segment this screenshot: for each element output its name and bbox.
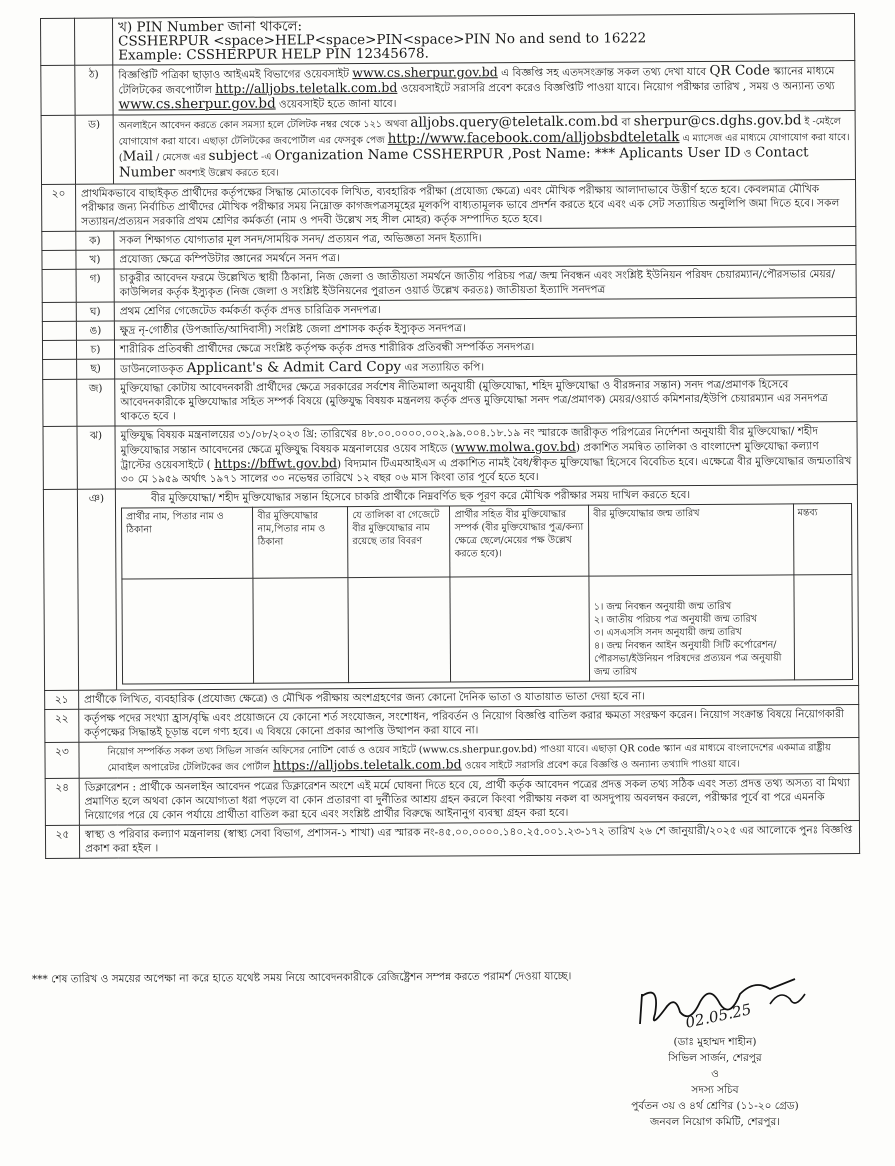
signature-block: 02.05.25 (ডাঃ মুহাম্মদ শাহীন) সিভিল সার্… [600,970,830,1130]
condition-row-r20: ২০প্রাথমিকভাবে বাছাইকৃত প্রার্থীদের কর্ত… [42,180,856,232]
item-number [43,426,77,489]
content-fragment: ওয়েব সাইটে সরাসরি প্রবেশ করে বিজ্ঞপ্তি … [462,759,740,772]
signatory-conjunction: ও [600,1066,830,1082]
content-text: প্রাথমিকভাবে বাছাইকৃত প্রার্থীদের কর্তৃপ… [81,183,839,228]
condition-row-ja: জ)মুক্তিযোদ্ধা কোটায় আবেদনকারী প্রার্থী… [43,375,857,427]
condition-row-tha: ঠ)বিজ্ঞপ্তিটি পত্রিকা ছাড়াও আইএমই বিভাগ… [41,61,855,116]
item-content: বিজ্ঞপ্তিটি পত্রিকা ছাড়াও আইএমই বিভাগের… [113,61,855,116]
item-number [42,269,76,302]
condition-row-dda: ড)অনলাইনে আবেদন করতে কোন সমস্যা হলে টেলি… [41,111,855,185]
document-page: খ) PIN Number জানা থাকলে:CSSHERPUR <spac… [0,0,895,1166]
sub-item-label: ক) [76,231,114,250]
content-text: সকল শিক্ষাগত যোগ্যতার মূল সনদ/সাময়িক সন… [119,232,481,246]
sub-item-label: ঘ) [76,302,114,321]
condition-row-jha: ঝ)মুক্তিযুদ্ধ বিষয়ক মন্ত্রনালয়ের ৩১/০৮… [43,422,857,490]
content-link[interactable]: www.cs.sherpur.gov.bd [118,96,275,113]
item-content: খ) PIN Number জানা থাকলে:CSSHERPUR <spac… [113,14,855,66]
content-fragment: ও [740,148,754,160]
item-content: বীর মুক্তিযোদ্ধা/ শহীদ মুক্তিযোদ্ধার সন্… [115,485,858,691]
content-link[interactable]: http://www.facebook.com/alljobsbdteletal… [388,129,680,147]
content-text: প্রযোজ্য ক্ষেত্রে কম্পিউটার জ্ঞানের সমর্… [119,252,339,265]
item-number [42,302,76,321]
sub-item-label: ঞ) [77,489,116,690]
content-link[interactable]: https://bffwt.gov.bd [214,455,337,471]
item-number [43,379,77,426]
form-blank-cell [253,578,349,684]
content-fragment: Applicant's & Admit Card Copy [187,359,401,376]
item-number: ২১ [45,690,79,709]
item-number [42,340,76,359]
sub-item-label: ড) [75,115,113,184]
content-text: ডিক্লারেশন : প্রার্থীকে অনলাইন আবেদন পত্… [85,777,850,822]
item-content: ডিক্লারেশন : প্রার্থীকে অনলাইন আবেদন পত্… [79,774,859,826]
sub-item-label: জ) [77,379,115,426]
dob-option: ১। জন্ম নিবন্ধন অনুযায়ী জন্ম তারিখ [594,599,789,613]
signatory-role: সদস্য সচিব [600,1082,830,1098]
sub-item-label: ঠ) [75,65,113,115]
form-column-header: যে তালিকা বা গেজেটে বীর মুক্তিযোদ্ধার না… [348,506,451,578]
form-column-header: বীর মুক্তিযোদ্ধার জন্ম তারিখ [589,504,794,576]
dob-options-cell: ১। জন্ম নিবন্ধন অনুযায়ী জন্ম তারিখ২। জা… [589,575,794,681]
item-content: মুক্তিযুদ্ধ বিষয়ক মন্ত্রনালয়ের ৩১/০৮/২… [115,422,857,490]
sub-item-label: খ) [76,250,114,269]
committee-line-1: পুর্বতন ৩য় ও ৪র্থ শ্রেণির (১১-২০ গ্রেড) [600,1098,830,1114]
item-number: ২৩ [45,742,79,778]
signatory-designation: সিভিল সার্জন, শেরপুর [600,1050,830,1066]
content-fragment: বা [618,116,634,128]
item-content: অনলাইনে আবেদন করতে কোন সমস্যা হলে টেলিটক… [113,111,855,185]
item-number: ২৪ [45,778,79,825]
form-blank-cell [450,576,589,682]
condition-row-r25: ২৫স্বাস্থ্য ও পরিবার কল্যাণ মন্ত্রনালয় … [45,821,859,859]
condition-row-pin: খ) PIN Number জানা থাকলে:CSSHERPUR <spac… [41,14,855,66]
content-fragment: alljobs.query@teletalk.com.bd [410,113,618,130]
item-content: প্রাথমিকভাবে বাছাইকৃত প্রার্থীদের কর্তৃপ… [76,180,856,232]
item-content: চাকুরীর আবেদন ফরমে উল্লেখিত স্থায়ী ঠিকা… [114,265,856,303]
content-link[interactable]: https://alljobs.teletalk.com.bd [273,756,462,772]
content-fragment: subject [209,148,259,164]
content-link[interactable]: www.molwa.gov.bd [455,439,576,455]
content-text: ক্ষুদ্র নৃ-গোষ্ঠীর (উপজাতি/আদিবাসী) সংশ্… [120,322,466,336]
content-fragment: sherpur@cs.dghs.gov.bd [634,112,802,129]
item-number: ২০ [42,184,76,231]
content-fragment: -এ [258,152,275,163]
condition-row-ga: গ)চাকুরীর আবেদন ফরমে উল্লেখিত স্থায়ী ঠি… [42,265,856,303]
item-number [42,321,76,340]
content-fragment: / মেসেজ এর [153,152,209,163]
condition-row-r22: ২২কর্তৃপক্ষ পদের সংখ্যা হ্রাস/বৃদ্ধি এবং… [45,705,859,743]
condition-row-nya: ঞ)বীর মুক্তিযোদ্ধা/ শহীদ মুক্তিযোদ্ধার স… [43,485,858,691]
sub-item-label: ছ) [77,359,115,379]
form-blank-cell [122,578,254,684]
sub-item-label [75,18,113,65]
sub-item-label: গ) [76,269,114,302]
form-column-header: মন্তব্য [793,504,852,575]
item-number [41,18,75,65]
content-fragment: Mail [123,148,154,164]
form-column-header: বীর মুক্তিযোদ্ধার নাম,পিতার নাম ও ঠিকানা [253,507,348,579]
item-number [41,115,75,184]
content-text: শারীরিক প্রতিবন্ধী প্রার্থীদের ক্ষেত্রে … [120,341,534,356]
item-number [43,489,78,690]
circular-sheet: খ) PIN Number জানা থাকলে:CSSHERPUR <spac… [40,13,860,859]
condition-row-r24: ২৪ডিক্লারেশন : প্রার্থীকে অনলাইন আবেদন প… [45,774,859,826]
signature-scribble: 02.05.25 [600,974,830,1034]
content-link[interactable]: http://alljobs.teletalk.com.bd [215,80,397,96]
content-text: মুক্তিযোদ্ধা কোটায় আবেদনকারী প্রার্থীদে… [120,378,827,422]
dob-option: ২। জাতীয় পরিচয় পত্র অনুযায়ী জন্ম তারি… [594,612,789,626]
content-link[interactable]: www.cs.sherpur.gov.bd [352,64,498,80]
content-text: কর্তৃপক্ষ পদের সংখ্যা হ্রাস/বৃদ্ধি এবং প… [84,708,844,739]
item-number [42,250,76,269]
conditions-table: খ) PIN Number জানা থাকলে:CSSHERPUR <spac… [40,13,860,859]
dob-option: ৩। এসএসসি সনদ অনুযায়ী জন্ম তারিখ [594,625,789,639]
condition-row-r23: ২৩নিয়োগ সম্পর্কিত সকল তথ্য সিভিল সার্জন… [45,738,859,779]
content-fragment: অবশ্যই উল্লেখ করতে হবে। [175,168,279,180]
item-number: ২৫ [45,825,79,858]
item-number [43,359,77,379]
dob-option: ৪। জন্ম নিবন্ধন আইন অনুযায়ী সিটি কর্পোর… [594,638,790,678]
form-blank-cell [793,575,852,680]
form-column-header: প্রার্থীর সহিত বীর মুক্তিযোদ্ধার সম্পর্ক… [450,505,589,577]
content-fragment: ওয়েবসাইটে সরাসরি প্রবেশ করেও বিজ্ঞপ্তিট… [397,80,834,95]
content-fragment: এ বিজ্ঞপ্তি সহ এতদসংক্রান্ত সকল তথ্য দেখ… [498,66,710,79]
item-number [42,231,76,250]
content-fragment: ওয়েবসাইট হতে জানা যাবে। [276,98,397,111]
sub-item-label: ঝ) [77,426,115,489]
content-text: চাকুরীর আবেদন ফরমে উল্লেখিত স্থায়ী ঠিকা… [120,268,835,298]
form-column-header: প্রার্থীর নাম, পিতার নাম ও ঠিকানা [121,507,253,579]
content-fragment: Organization Name CSSHERPUR ,Post Name: … [274,145,740,164]
item-content: কর্তৃপক্ষ পদের সংখ্যা হ্রাস/বৃদ্ধি এবং প… [79,705,859,743]
content-fragment: অনলাইনে আবেদন করতে কোন সমস্যা হলে টেলিটক… [119,119,411,132]
content-text: প্রথম শ্রেণির গেজেটেড কর্মকর্তা কর্তৃক প… [120,304,381,318]
item-number [41,65,75,115]
content-fragment: এর সত্যায়িত কপি। [401,361,484,374]
content-text: স্বাস্থ্য ও পরিবার কল্যাণ মন্ত্রনালয় (স… [85,824,852,855]
signature-icon [620,974,820,1034]
form-blank-cell [348,577,451,683]
item-number: ২২ [45,709,79,742]
content-fragment: QR Code [709,63,770,79]
signatory-name: (ডাঃ মুহাম্মদ শাহীন) [600,1034,830,1050]
sub-item-label: চ) [76,340,114,359]
item-content: নিয়োগ সম্পর্কিত সকল তথ্য সিভিল সার্জন অ… [79,738,859,779]
item-content: মুক্তিযোদ্ধা কোটায় আবেদনকারী প্রার্থীদে… [115,375,857,427]
committee-line-2: জনবল নিয়োগ কমিটি, শেরপুর। [600,1114,830,1130]
freedom-fighter-form-table: প্রার্থীর নাম, পিতার নাম ও ঠিকানাবীর মুক… [121,503,853,684]
content-text: প্রার্থীকে লিখিত, ব্যবহারিক (প্রযোজ্য ক্… [84,690,645,705]
item-content: স্বাস্থ্য ও পরিবার কল্যাণ মন্ত্রনালয় (স… [79,821,859,859]
content-fragment: ডাউনলোডকৃত [120,363,187,375]
sub-item-label: ঙ) [76,321,114,340]
